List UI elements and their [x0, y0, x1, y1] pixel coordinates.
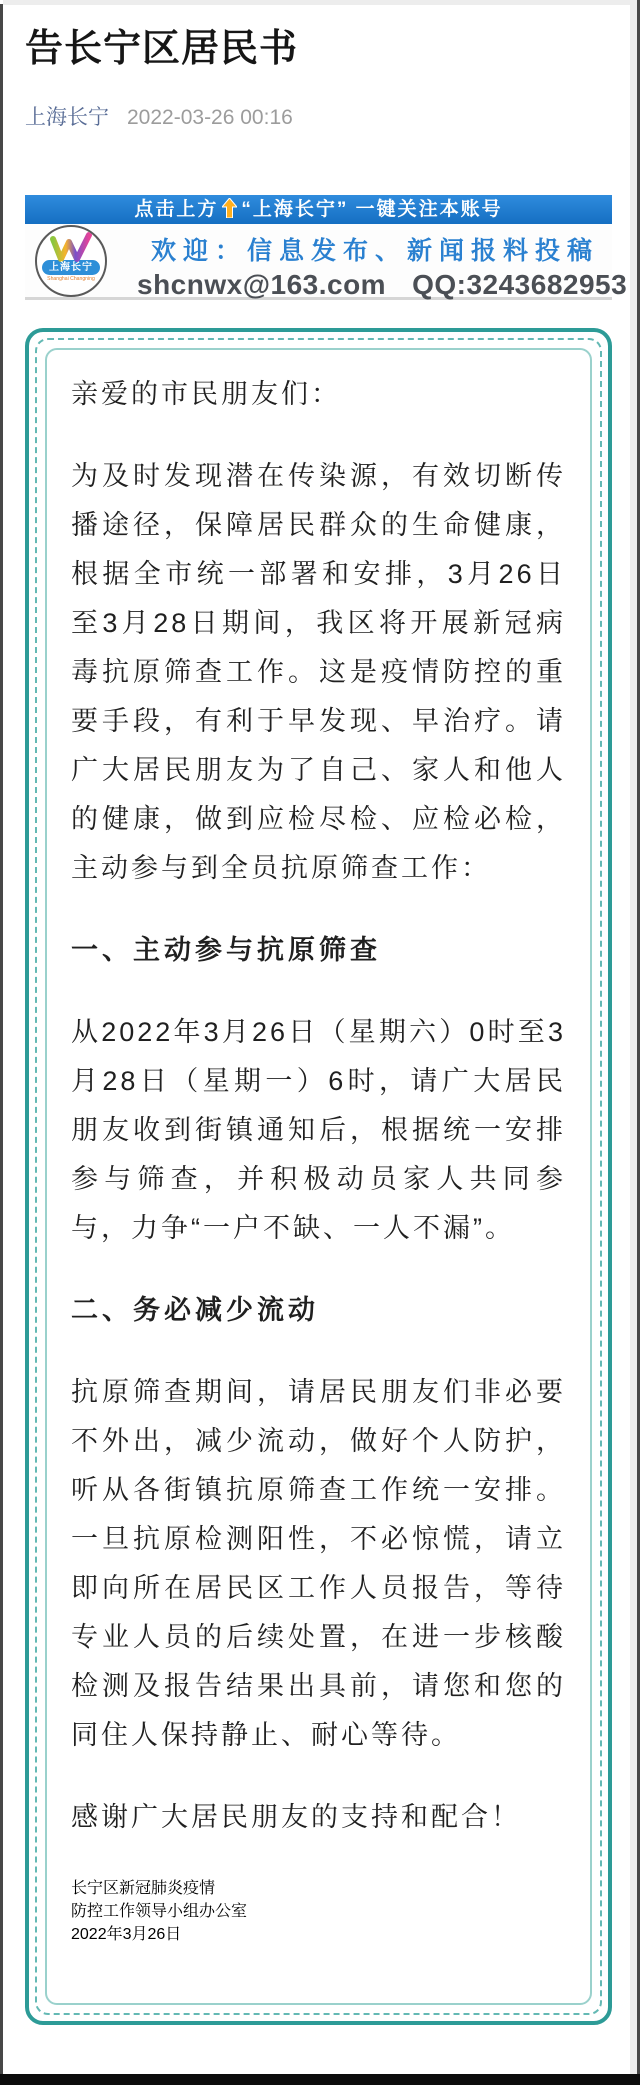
banner-contact-line: shcnwx@163.comQQ:3243682953 — [137, 269, 612, 301]
banner-follow-bar: 点击上方“上海长宁” 一键关注本账号 — [25, 195, 612, 224]
notice-letter-body: 亲爱的市民朋友们： 为及时发现潜在传染源，有效切断传播途径，保障居民群众的生命健… — [45, 348, 592, 2005]
screenshot-left-edge — [0, 4, 3, 2074]
up-arrow-icon — [222, 198, 237, 227]
screenshot-top-edge — [3, 0, 630, 5]
logo-w-mark-icon — [48, 232, 94, 262]
letter-paragraph-3: 抗原筛查期间，请居民朋友们非必要不外出，减少流动，做好个人防护，听从各街镇抗原筛… — [71, 1368, 566, 1760]
letter-section-1-title: 一、主动参与抗原筛查 — [71, 926, 566, 975]
screenshot-bottom-bar — [0, 2074, 640, 2085]
letter-paragraph-1: 为及时发现潜在传染源，有效切断传播途径，保障居民群众的生命健康，根据全市统一部署… — [71, 452, 566, 893]
article-page: 告长宁区居民书 上海长宁2022-03-26 00:16 点击上方“上海长宁” … — [25, 0, 612, 2025]
signature-org-line-2: 防控工作领导小组办公室 — [71, 1898, 566, 1921]
contact-email: shcnwx@163.com — [137, 269, 386, 300]
article-meta: 上海长宁2022-03-26 00:16 — [25, 105, 612, 130]
banner-bar-text-prefix: 点击上方 — [134, 199, 218, 220]
header-banner-image[interactable]: 点击上方“上海长宁” 一键关注本账号 上海长宁 Shanghai Ch — [25, 195, 612, 300]
letter-section-2-title: 二、务必减少流动 — [71, 1286, 566, 1335]
publish-timestamp: 2022-03-26 00:16 — [127, 106, 293, 129]
banner-welcome-block: 欢迎：信息发布、新闻报料投稿 shcnwx@163.comQQ:32436829… — [137, 224, 612, 301]
banner-welcome-text: 欢迎：信息发布、新闻报料投稿 — [151, 231, 612, 267]
screenshot-right-gutter — [630, 0, 637, 2074]
logo-sublabel: Shanghai Changning — [42, 276, 100, 283]
letter-paragraph-2: 从2022年3月26日（星期六）0时至3月28日（星期一）6时，请广大居民朋友收… — [71, 1008, 566, 1253]
banner-bar-text-suffix: “上海长宁” 一键关注本账号 — [241, 199, 502, 220]
article-title: 告长宁区居民书 — [25, 24, 612, 75]
source-account-link[interactable]: 上海长宁 — [25, 106, 109, 129]
contact-qq: QQ:3243682953 — [412, 269, 627, 300]
shanghai-changning-logo: 上海长宁 Shanghai Changning — [35, 225, 107, 297]
signature-date: 2022年3月26日 — [71, 1921, 566, 1944]
banner-contact-area: 上海长宁 Shanghai Changning 欢迎：信息发布、新闻报料投稿 s… — [25, 224, 612, 300]
notice-frame-dashed: 亲爱的市民朋友们： 为及时发现潜在传染源，有效切断传播途径，保障居民群众的生命健… — [35, 338, 602, 2015]
letter-salutation: 亲爱的市民朋友们： — [71, 370, 566, 419]
letter-thanks-line: 感谢广大居民朋友的支持和配合！ — [71, 1793, 566, 1842]
logo-label: 上海长宁 — [42, 260, 100, 275]
notice-frame-outer: 亲爱的市民朋友们： 为及时发现潜在传染源，有效切断传播途径，保障居民群众的生命健… — [25, 328, 612, 2025]
signature-org-line-1: 长宁区新冠肺炎疫情 — [71, 1875, 566, 1898]
